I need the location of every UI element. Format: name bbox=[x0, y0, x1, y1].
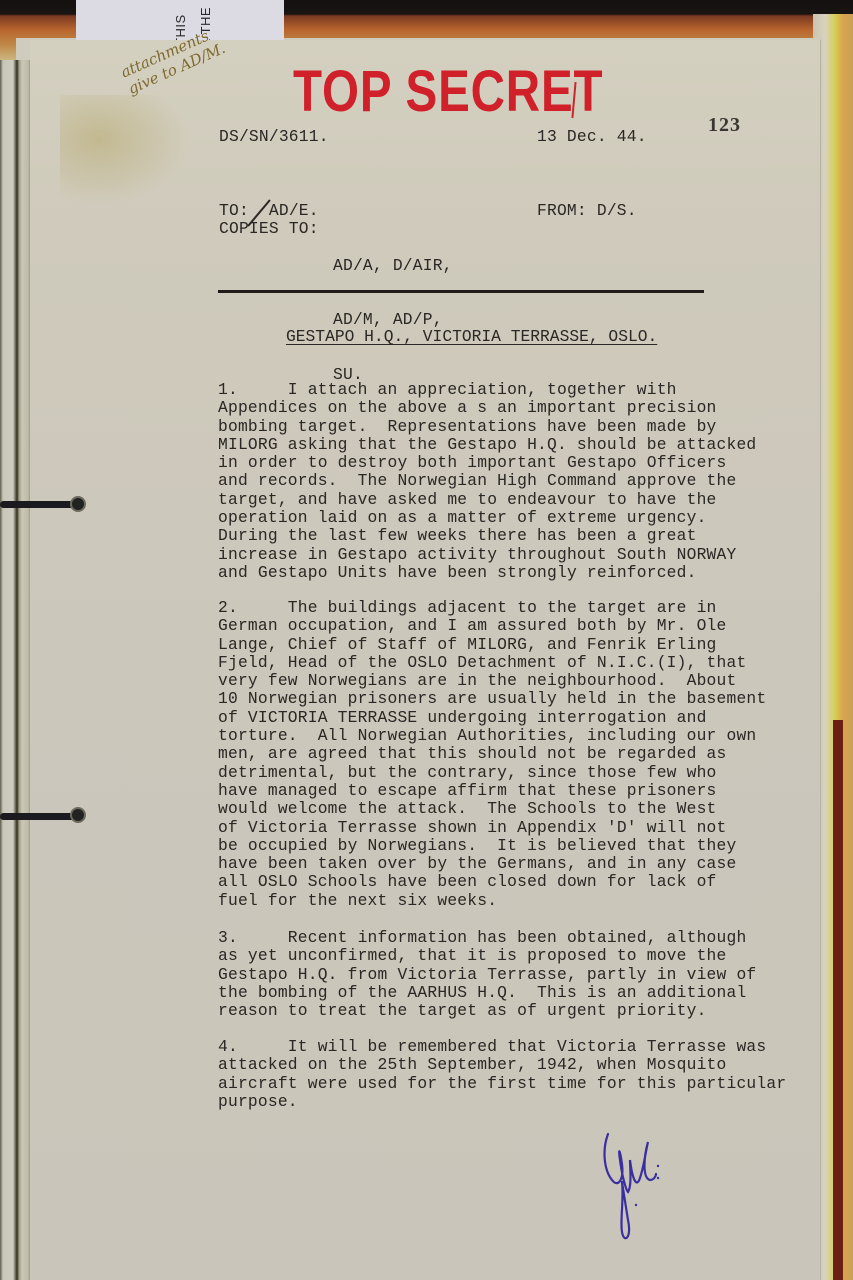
text-line: 4. It will be remembered that Victoria T… bbox=[218, 1038, 786, 1056]
text-line: have been taken over by the Germans, and… bbox=[218, 855, 766, 873]
text-line: aircraft were used for the first time fo… bbox=[218, 1075, 786, 1093]
text-line: 2. The buildings adjacent to the target … bbox=[218, 599, 766, 617]
paper-stain bbox=[60, 95, 190, 205]
to-line: TO: AD/E. bbox=[219, 202, 319, 220]
text-line: all OSLO Schools have been closed down f… bbox=[218, 873, 766, 891]
to-value: AD/E. bbox=[269, 201, 319, 220]
paragraph-2: 2. The buildings adjacent to the target … bbox=[218, 599, 766, 910]
text-line: 10 Norwegian prisoners are usually held … bbox=[218, 690, 766, 708]
binder-edge bbox=[0, 60, 32, 1280]
text-line: increase in Gestapo activity throughout … bbox=[218, 546, 756, 564]
text-line: purpose. bbox=[218, 1093, 786, 1111]
text-line: fuel for the next six weeks. bbox=[218, 892, 766, 910]
text-line: reason to treat the target as of urgent … bbox=[218, 1002, 756, 1020]
text-line: be occupied by Norwegians. It is believe… bbox=[218, 837, 766, 855]
signature-icon bbox=[598, 1120, 668, 1245]
paragraph-4: 4. It will be remembered that Victoria T… bbox=[218, 1038, 786, 1111]
text-line: very few Norwegians are in the neighbour… bbox=[218, 672, 766, 690]
text-line: have managed to escape affirm that these… bbox=[218, 782, 766, 800]
folder-spine-strip bbox=[833, 720, 843, 1280]
binding-hole bbox=[70, 496, 86, 512]
text-line: MILORG asking that the Gestapo H.Q. shou… bbox=[218, 436, 756, 454]
from-value: D/S. bbox=[597, 201, 637, 220]
text-line: would welcome the attack. The Schools to… bbox=[218, 800, 766, 818]
header-divider bbox=[218, 290, 704, 293]
document-date: 13 Dec. 44. bbox=[537, 128, 647, 146]
folio-number: 123 bbox=[708, 114, 741, 137]
text-line: and Gestapo Units have been strongly rei… bbox=[218, 564, 756, 582]
text-line: torture. All Norwegian Authorities, incl… bbox=[218, 727, 766, 745]
text-line: Appendices on the above a s an important… bbox=[218, 399, 756, 417]
text-line: the bombing of the AARHUS H.Q. This is a… bbox=[218, 984, 756, 1002]
text-line: in order to destroy both important Gesta… bbox=[218, 454, 756, 472]
paragraph-3: 3. Recent information has been obtained,… bbox=[218, 929, 756, 1020]
text-line: detrimental, but the contrary, since tho… bbox=[218, 764, 766, 782]
binding-hole bbox=[70, 807, 86, 823]
from-label: FROM: bbox=[537, 201, 587, 220]
text-line: operation laid on as a matter of extreme… bbox=[218, 509, 756, 527]
text-line: attacked on the 25th September, 1942, wh… bbox=[218, 1056, 786, 1074]
to-label: TO: bbox=[219, 201, 249, 220]
text-line: 3. Recent information has been obtained,… bbox=[218, 929, 756, 947]
text-line: men, are agreed that this should not be … bbox=[218, 745, 766, 763]
subject-heading: GESTAPO H.Q., VICTORIA TERRASSE, OSLO. bbox=[286, 327, 657, 346]
text-line: target, and have asked me to endeavour t… bbox=[218, 491, 756, 509]
signature-initials bbox=[598, 1120, 668, 1250]
text-line: as yet unconfirmed, that it is proposed … bbox=[218, 947, 756, 965]
copies-list: AD/A, D/AIR, AD/M, AD/P, SU. bbox=[333, 220, 453, 403]
reference-number: DS/SN/3611. bbox=[219, 128, 329, 146]
text-line: Gestapo H.Q. from Victoria Terrasse, par… bbox=[218, 966, 756, 984]
copies-line: AD/A, D/AIR, bbox=[333, 257, 453, 275]
text-line: and records. The Norwegian High Command … bbox=[218, 472, 756, 490]
text-line: of VICTORIA TERRASSE undergoing interrog… bbox=[218, 709, 766, 727]
classification-stamp: TOP SECRET bbox=[293, 62, 603, 122]
text-line: Fjeld, Head of the OSLO Detachment of N.… bbox=[218, 654, 766, 672]
paragraph-1: 1. I attach an appreciation, together wi… bbox=[218, 381, 756, 582]
binding-string bbox=[0, 501, 80, 508]
text-line: of Victoria Terrasse shown in Appendix '… bbox=[218, 819, 766, 837]
text-line: 1. I attach an appreciation, together wi… bbox=[218, 381, 756, 399]
binding-string bbox=[0, 813, 80, 820]
copies-label: COPIES TO: bbox=[219, 220, 319, 238]
text-line: During the last few weeks there has been… bbox=[218, 527, 756, 545]
text-line: German occupation, and I am assured both… bbox=[218, 617, 766, 635]
text-line: bombing target. Representations have bee… bbox=[218, 418, 756, 436]
from-line: FROM: D/S. bbox=[537, 202, 637, 220]
text-line: Lange, Chief of Staff of MILORG, and Fen… bbox=[218, 636, 766, 654]
